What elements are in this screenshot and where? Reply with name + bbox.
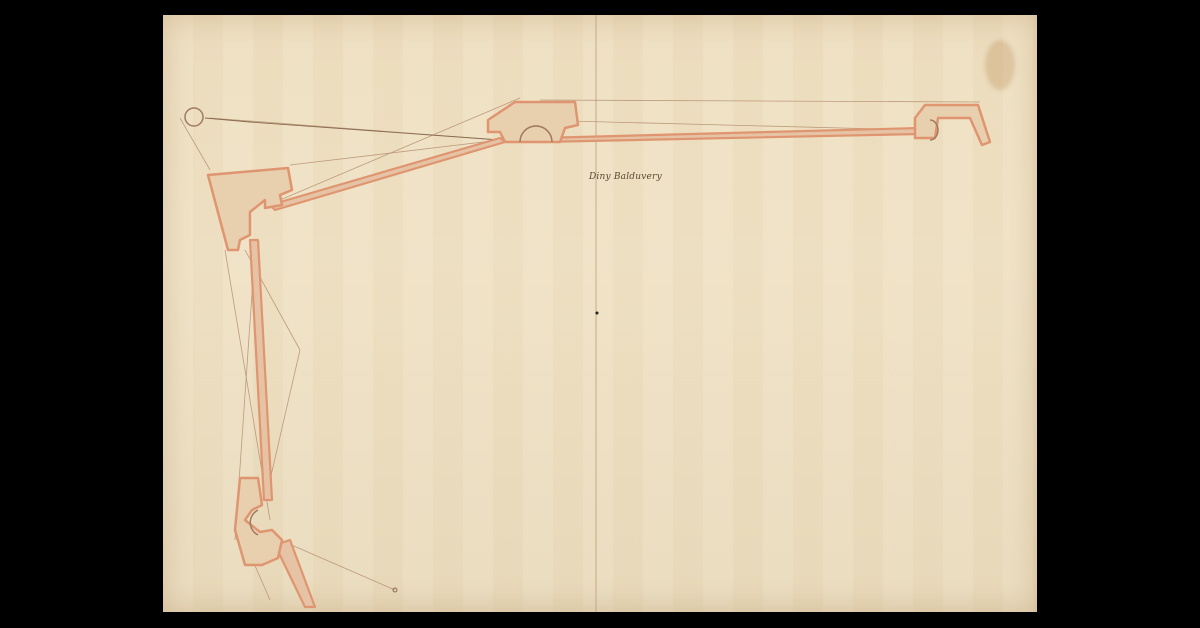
- fortification-plan: [0, 0, 1200, 628]
- map-inscription: Diny Balduvery: [589, 172, 662, 182]
- walls: [250, 128, 920, 607]
- sight-lines: [180, 98, 980, 600]
- center-mark-icon: [596, 312, 599, 315]
- round-features: [185, 108, 938, 535]
